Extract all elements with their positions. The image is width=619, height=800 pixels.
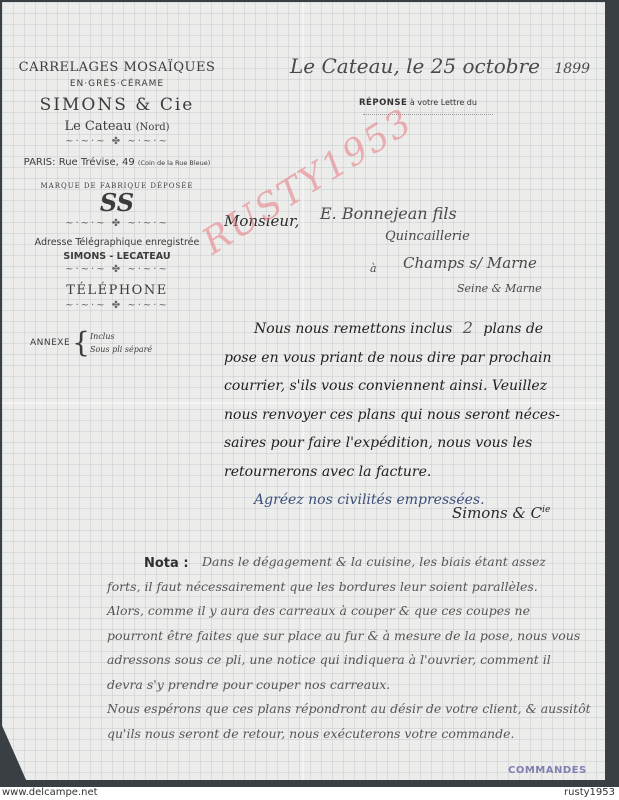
- recipient-town: Champs s/ Marne: [403, 254, 537, 272]
- company-line2: EN·GRÈS·CÉRAME: [2, 79, 232, 89]
- city-name: Le Cateau: [64, 119, 131, 134]
- signature-text: Simons & C: [452, 504, 542, 522]
- paris-label: PARIS:: [24, 157, 56, 168]
- recipient-name: E. Bonnejean fils: [320, 204, 457, 223]
- body-line-end: plans de: [483, 321, 543, 337]
- trademark-logo-icon: SS: [2, 190, 232, 216]
- annexe-option-inclus: Inclus: [90, 330, 152, 343]
- year: 1899: [554, 61, 590, 77]
- body-line: saires pour faire l'expédition, nous vou…: [224, 429, 614, 458]
- signature: Simons & Cie: [452, 504, 550, 522]
- ornament-divider: ~·~·~ ✤ ~·~·~: [2, 300, 232, 311]
- telegraph-label: Adresse Télégraphique enregistrée: [2, 237, 232, 248]
- seller-credit: rusty1953: [564, 787, 615, 798]
- body-line: nous renvoyer ces plans qui nous seront …: [224, 401, 614, 430]
- paris-corner: (Coin de la Rue Bleue): [138, 159, 210, 167]
- recipient-trade: Quincaillerie: [385, 229, 470, 244]
- annexe-label: ANNEXE: [30, 338, 70, 348]
- letter-body: Nous nous remettons inclus 2 plans de po…: [224, 314, 614, 515]
- nota-line: forts, il faut nécessairement que les bo…: [107, 575, 612, 600]
- body-line: retournerons avec la facture.: [224, 458, 614, 487]
- brace-icon: {: [72, 329, 90, 357]
- site-credit: www.delcampe.net: [2, 787, 98, 798]
- place-date: Le Cateau, le 25 octobre 1899: [290, 54, 590, 78]
- ornament-divider: ~·~·~ ✤ ~·~·~: [2, 264, 232, 275]
- letterhead: CARRELAGES MOSAÏQUES EN·GRÈS·CÉRAME SIMO…: [2, 60, 232, 311]
- body-line: pose en vous priant de nous dire par pro…: [224, 344, 614, 373]
- commandes-stamp: COMMANDES: [508, 765, 587, 776]
- place-date-text: Le Cateau, le 25 octobre: [290, 54, 540, 78]
- nota-handwritten: Dans le dégagement & la cuisine, les bia…: [107, 550, 612, 746]
- nota-line: devra s'y prendre pour couper nos carrea…: [107, 673, 612, 698]
- closing-line: Agréez nos civilités empressées.: [224, 486, 614, 515]
- annexe-option-separe: Sous pli séparé: [90, 343, 152, 356]
- plan-count: 2: [457, 318, 479, 337]
- paris-street: Rue Trévise, 49: [59, 157, 135, 168]
- nota-line: Nous espérons que ces plans répondront a…: [107, 697, 612, 722]
- body-line: Nous nous remettons inclus 2 plans de: [224, 314, 614, 344]
- annexe-block: ANNEXE { Inclus Sous pli séparé: [30, 329, 152, 357]
- city-region: (Nord): [136, 122, 170, 133]
- telegraph-address: SIMONS - LECATEAU: [2, 251, 232, 262]
- reply-text: à votre Lettre du: [410, 98, 477, 107]
- nota-line: qu'ils nous seront de retour, nous exécu…: [107, 722, 612, 747]
- nota-line: Alors, comme il y aura des carreaux à co…: [107, 599, 612, 624]
- recipient-preposition: à: [370, 262, 377, 275]
- letter-paper: CARRELAGES MOSAÏQUES EN·GRÈS·CÉRAME SIMO…: [2, 2, 605, 780]
- recipient-department: Seine & Marne: [457, 282, 542, 295]
- firm-city: Le Cateau (Nord): [2, 119, 232, 134]
- paris-address: PARIS: Rue Trévise, 49 (Coin de la Rue B…: [2, 157, 232, 168]
- annexe-options: Inclus Sous pli séparé: [90, 330, 152, 356]
- nota-line: Dans le dégagement & la cuisine, les bia…: [107, 550, 612, 575]
- scanned-document: CARRELAGES MOSAÏQUES EN·GRÈS·CÉRAME SIMO…: [0, 0, 619, 787]
- ornament-divider: ~·~·~ ✤ ~·~·~: [2, 136, 232, 147]
- signature-sup: ie: [542, 505, 550, 515]
- body-line-start: Nous nous remettons inclus: [254, 321, 452, 337]
- company-line1: CARRELAGES MOSAÏQUES: [2, 60, 232, 75]
- firm-name: SIMONS & Cie: [2, 95, 232, 115]
- nota-line: pourront être faites que sur place au fu…: [107, 624, 612, 649]
- nota-line: adressons sous ce pli, une notice qui in…: [107, 648, 612, 673]
- telephone-label: TÉLÉPHONE: [2, 283, 232, 298]
- body-line: courrier, s'ils vous conviennent ainsi. …: [224, 372, 614, 401]
